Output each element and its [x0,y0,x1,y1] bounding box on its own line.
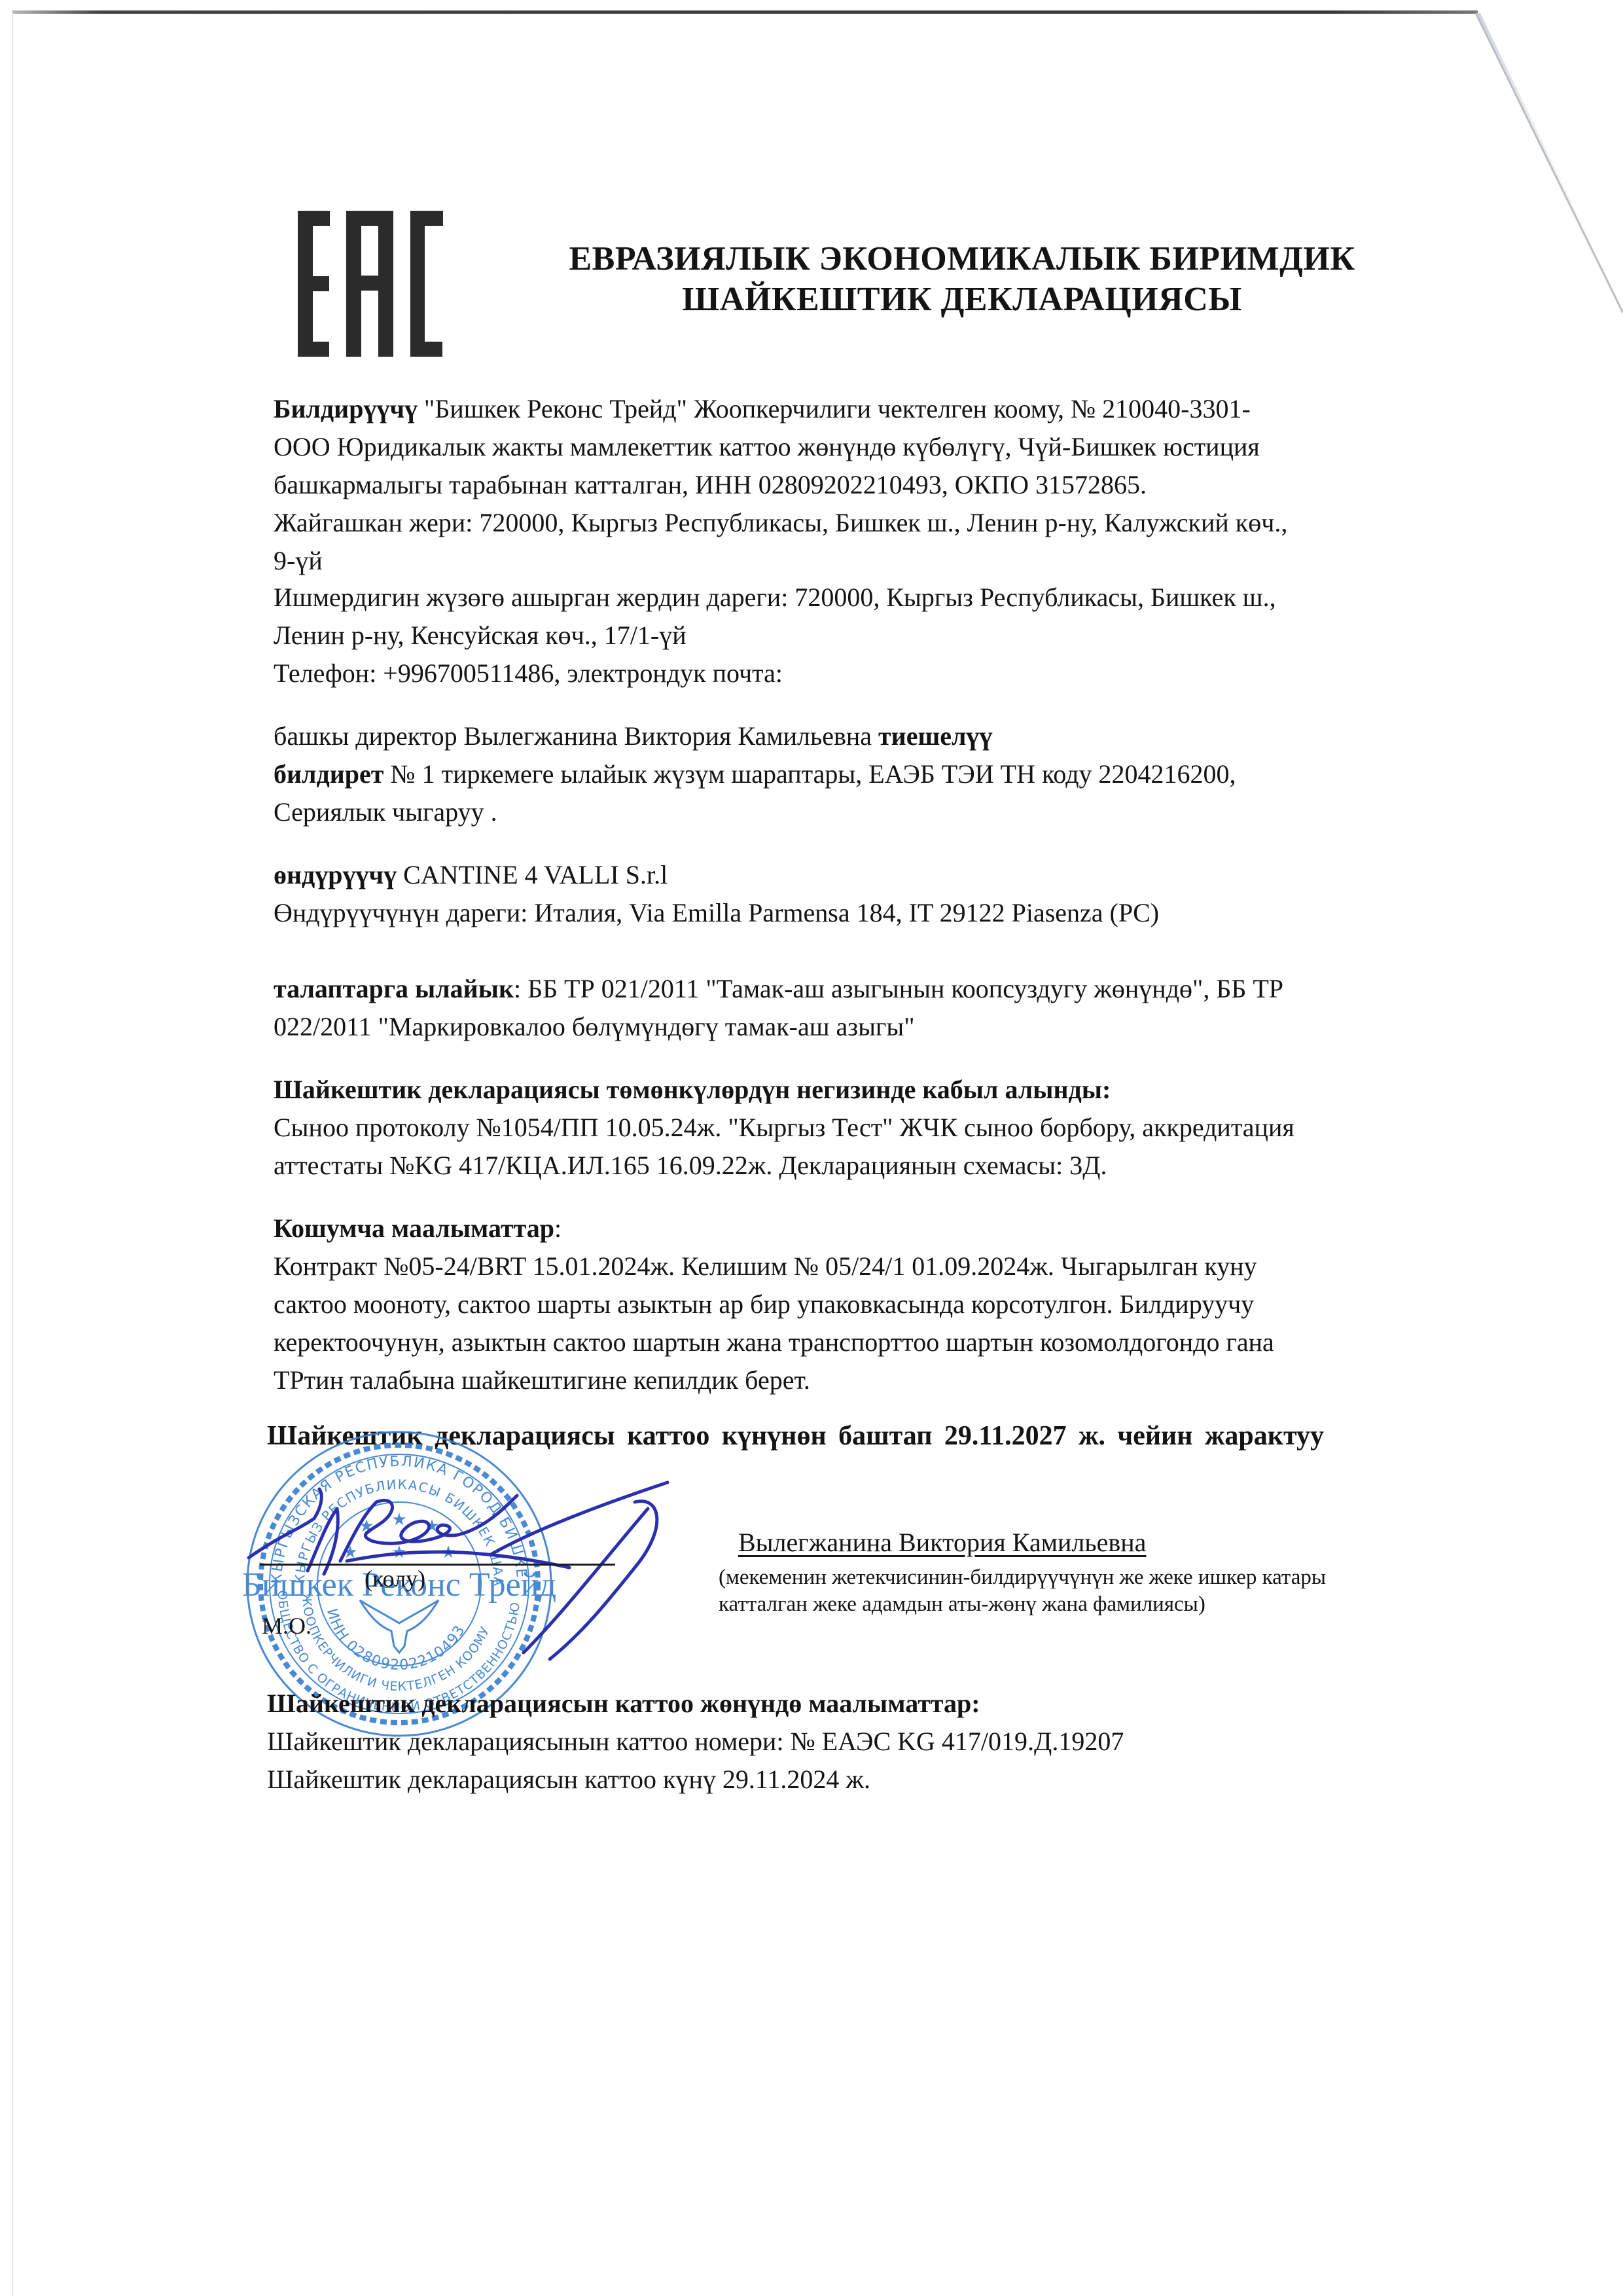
signature-line [260,1564,615,1566]
activity-address-line-1: Ишмердигин жүзөгө ашырган жердин дареги:… [274,579,1471,617]
registration-heading: Шайкештик декларациясын каттоо жөнүндө м… [267,1685,1445,1723]
applicant-line-1: Билдирүүчү "Бишкек Реконс Трейд" Жоопкер… [274,390,1471,428]
additional-line-4: ТРтин талабына шайкештигине кепилдик бер… [274,1361,1471,1399]
additional-line-2: сактоо мооноту, сактоо шарты азыктын ар … [274,1285,1471,1323]
signer-name: Вылегжанина Виктория Камильевна [738,1526,1146,1559]
scan-edge-left [12,12,13,2296]
requirements-line-2: 022/2011 "Маркировкалоо бөлүмүндөгү тама… [274,1008,1471,1046]
product-section: башкы директор Вылегжанина Виктория Ками… [274,717,1471,831]
declaration-page: ЕВРАЗИЯЛЫК ЭКОНОМИКАЛЫК БИРИМДИК ШАЙКЕШТ… [0,0,1623,2296]
manufacturer-section: өндүрүүчү CANTINE 4 VALLI S.r.l Өндүрүүч… [274,856,1471,932]
additional-line-1: Контракт №05-24/BRT 15.01.2024ж. Келишим… [274,1247,1471,1285]
signer-note: (мекеменин жетекчисинин-билдирүүчүнүн же… [719,1564,1406,1618]
registration-section: Шайкештик декларациясын каттоо жөнүндө м… [267,1685,1445,1799]
applicant-line-4: Жайгашкан жери: 720000, Кыргыз Республик… [274,504,1471,542]
requirements-section: талаптарга ылайык: ББ ТР 021/2011 "Тамак… [274,970,1471,1046]
additional-line-3: керектоочунун, азыктын сактоо шартын жан… [274,1323,1471,1361]
applicant-line-3: башкармалыгы тарабынан катталган, ИНН 02… [274,466,1471,504]
scan-edge-top [12,10,1478,14]
eac-logo-icon [298,211,445,358]
basis-heading: Шайкештик декларациясы төмөнкүлөрдүн нег… [274,1071,1471,1109]
activity-address-section: Ишмердигин жүзөгө ашырган жердин дареги:… [274,579,1471,692]
applicant-label: Билдирүүчү [274,394,418,423]
additional-info-section: Кошумча маалыматтар: Контракт №05-24/BRT… [274,1210,1471,1399]
basis-line-1: Сыноо протоколу №1054/ПП 10.05.24ж. "Кыр… [274,1109,1471,1147]
additional-heading: Кошумча маалыматтар: [274,1210,1471,1247]
title-line-1: ЕВРАЗИЯЛЫК ЭКОНОМИКАЛЫК БИРИМДИК [458,239,1466,279]
basis-section: Шайкештик декларациясы төмөнкүлөрдүн нег… [274,1071,1471,1185]
registration-date: Шайкештик декларациясын каттоо күнү 29.1… [267,1761,1445,1799]
manufacturer-name: CANTINE 4 VALLI S.r.l [397,860,668,889]
activity-address-line-2: Ленин р-ну, Кенсуйская көч., 17/1-үй [274,617,1471,655]
manufacturer-label: өндүрүүчү [274,860,397,889]
product-line-1: башкы директор Вылегжанина Виктория Ками… [274,717,1471,755]
applicant-line-2: ООО Юридикалык жакты мамлекеттик каттоо … [274,428,1471,466]
product-line-2: билдирет № 1 тиркемеге ылайык жүзүм шара… [274,755,1471,793]
seal-place-label: М.О. [262,1611,312,1640]
title-line-2: ШАЙКЕШТИК ДЕКЛАРАЦИЯСЫ [458,279,1466,320]
requirements-line-1: талаптарга ылайык: ББ ТР 021/2011 "Тамак… [274,970,1471,1008]
phone-email-line: Телефон: +996700511486, электрондук почт… [274,655,1471,692]
basis-line-2: аттестаты №KG 417/КЦА.ИЛ.165 16.09.22ж. … [274,1147,1471,1185]
applicant-section: Билдирүүчү "Бишкек Реконс Трейд" Жоопкер… [274,390,1471,580]
document-title: ЕВРАЗИЯЛЫК ЭКОНОМИКАЛЫК БИРИМДИК ШАЙКЕШТ… [458,239,1466,320]
applicant-line-5: 9-үй [274,542,1471,580]
signature-caption: (колу) [365,1564,425,1593]
requirements-label: талаптарга ылайык [274,974,514,1003]
manufacturer-address: Өндүрүүчүнүн дареги: Италия, Via Emilla … [274,894,1471,932]
manufacturer-line: өндүрүүчү CANTINE 4 VALLI S.r.l [274,856,1471,894]
registration-number: Шайкештик декларациясынын каттоо номери:… [267,1723,1445,1761]
product-line-3: Сериялык чыгаруу . [274,793,1471,831]
